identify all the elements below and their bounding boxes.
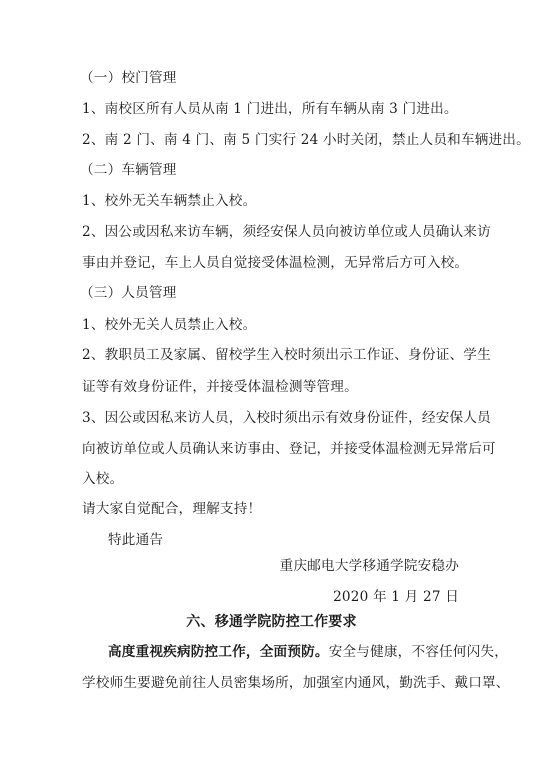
section-heading-personnel: （三）人员管理 (80, 284, 177, 302)
section-heading-gate: （一）校门管理 (80, 69, 177, 87)
signature: 重庆邮电大学移通学院安稳办 (280, 557, 459, 575)
vehicle-item-2: 2、因公或因私来访车辆，须经安保人员向被访单位或人员确认来访 (82, 223, 491, 241)
personnel-item-2: 2、教职员工及家属、留校学生入校时须出示工作证、身份证、学生 (82, 346, 491, 364)
date: 2020 年 1 月 27 日 (333, 588, 459, 606)
vehicle-item-2-cont: 事由并登记，车上人员自觉接受体温检测，无异常后方可入校。 (82, 254, 468, 272)
personnel-item-2-cont: 证等有效身份证件，并接受体温检测等管理。 (82, 378, 358, 396)
personnel-item-3-cont2: 入校。 (82, 470, 123, 488)
closing-text: 请大家自觉配合，理解支持！ (82, 500, 261, 518)
gate-item-1: 1、南校区所有人员从南 1 门进出，所有车辆从南 3 门进出。 (82, 100, 458, 118)
section-6-line-2: 学校师生要避免前往人员密集场所，加强室内通风，勤洗手、戴口罩、 (82, 674, 510, 692)
section-6-title: 六、移通学院防控工作要求 (0, 613, 543, 631)
section-6-lead-bold: 高度重视疾病防控工作，全面预防。 (108, 644, 329, 660)
personnel-item-3: 3、因公或因私来访人员，入校时须出示有效身份证件，经安保人员 (82, 409, 491, 427)
section-6-lead-rest: 安全与健康，不容任何闪失， (329, 644, 508, 660)
vehicle-item-1: 1、校外无关车辆禁止入校。 (82, 192, 256, 210)
section-heading-vehicle: （二）车辆管理 (80, 161, 177, 179)
personnel-item-3-cont: 向被访单位或人员确认来访事由、登记，并接受体温检测无异常后可 (82, 440, 496, 458)
gate-item-2: 2、南 2 门、南 4 门、南 5 门实行 24 小时关闭，禁止人员和车辆进出。 (82, 131, 530, 149)
notice-text: 特此通告 (108, 531, 163, 549)
section-6-lead: 高度重视疾病防控工作，全面预防。安全与健康，不容任何闪失， (108, 643, 508, 661)
personnel-item-1: 1、校外无关人员禁止入校。 (82, 316, 256, 334)
